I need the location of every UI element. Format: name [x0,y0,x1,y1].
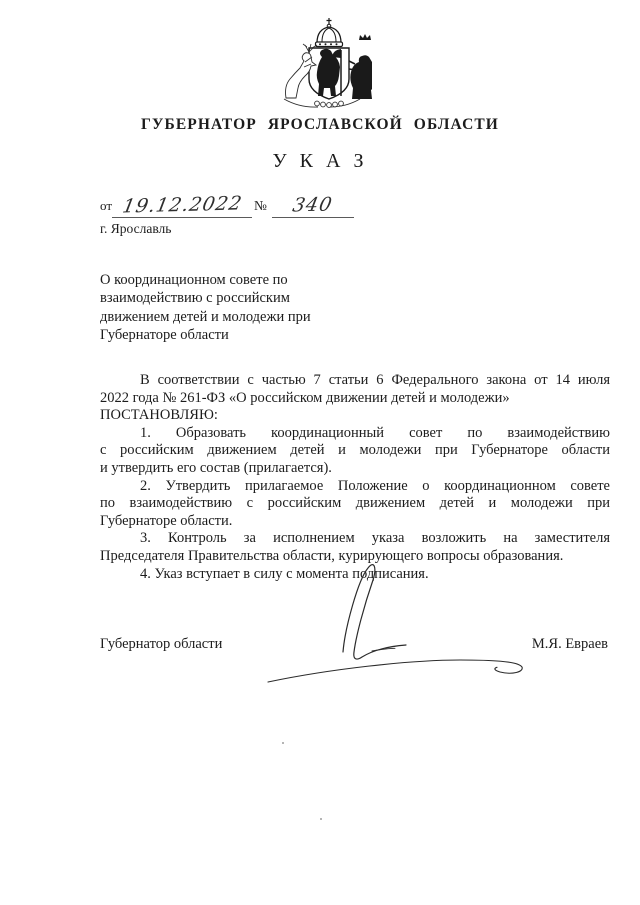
body-line: с российским движением детей и молодежи … [100,442,610,460]
body-text: В соответствии с частью 7 статьи 6 Федер… [100,372,610,583]
city-label: г. Ярославль [100,221,171,237]
subject-block: О координационном совете по взаимодейств… [100,271,311,345]
date-field: 19.12.2022 [112,193,252,218]
body-line: Губернаторе области. [100,513,610,531]
signatory-title: Губернатор области [100,636,222,653]
subject-line: взаимодействию с российским [100,289,311,307]
body-line: В соответствии с частью 7 статьи 6 Федер… [100,372,610,390]
body-line: 1. Образовать координационный совет по в… [100,425,610,443]
subject-line: движением детей и молодежи при [100,308,311,326]
number-sign-label: № [254,198,267,213]
subject-line: О координационном совете по [100,271,311,289]
body-line: 2. Утвердить прилагаемое Положение о коо… [100,478,610,496]
body-line: 3. Контроль за исполнением указа возложи… [100,530,610,548]
body-line: и утвердить его состав (прилагается). [100,460,610,478]
body-line: 2022 года № 261-ФЗ «О российском движени… [100,390,610,408]
handwritten-date: 19.12.2022 [120,192,244,217]
body-line: ПОСТАНОВЛЯЮ: [100,407,610,425]
body-line: по взаимодействию с российским движением… [100,495,610,513]
scan-speck [320,818,322,820]
organization-title: ГУБЕРНАТОР ЯРОСЛАВСКОЙ ОБЛАСТИ [0,116,640,134]
date-prefix-label: от [100,198,112,213]
document-type-title: У К А З [0,150,640,173]
subject-line: Губернаторе области [100,326,311,344]
document-page: ГУБЕРНАТОР ЯРОСЛАВСКОЙ ОБЛАСТИ У К А З о… [0,0,640,905]
handwritten-number: 340 [291,193,335,216]
scan-speck [282,742,284,744]
coat-of-arms-icon [272,15,372,108]
handwritten-signature-icon [260,556,555,691]
date-number-line: от19.12.2022№340 [100,193,354,218]
number-field: 340 [272,193,354,218]
